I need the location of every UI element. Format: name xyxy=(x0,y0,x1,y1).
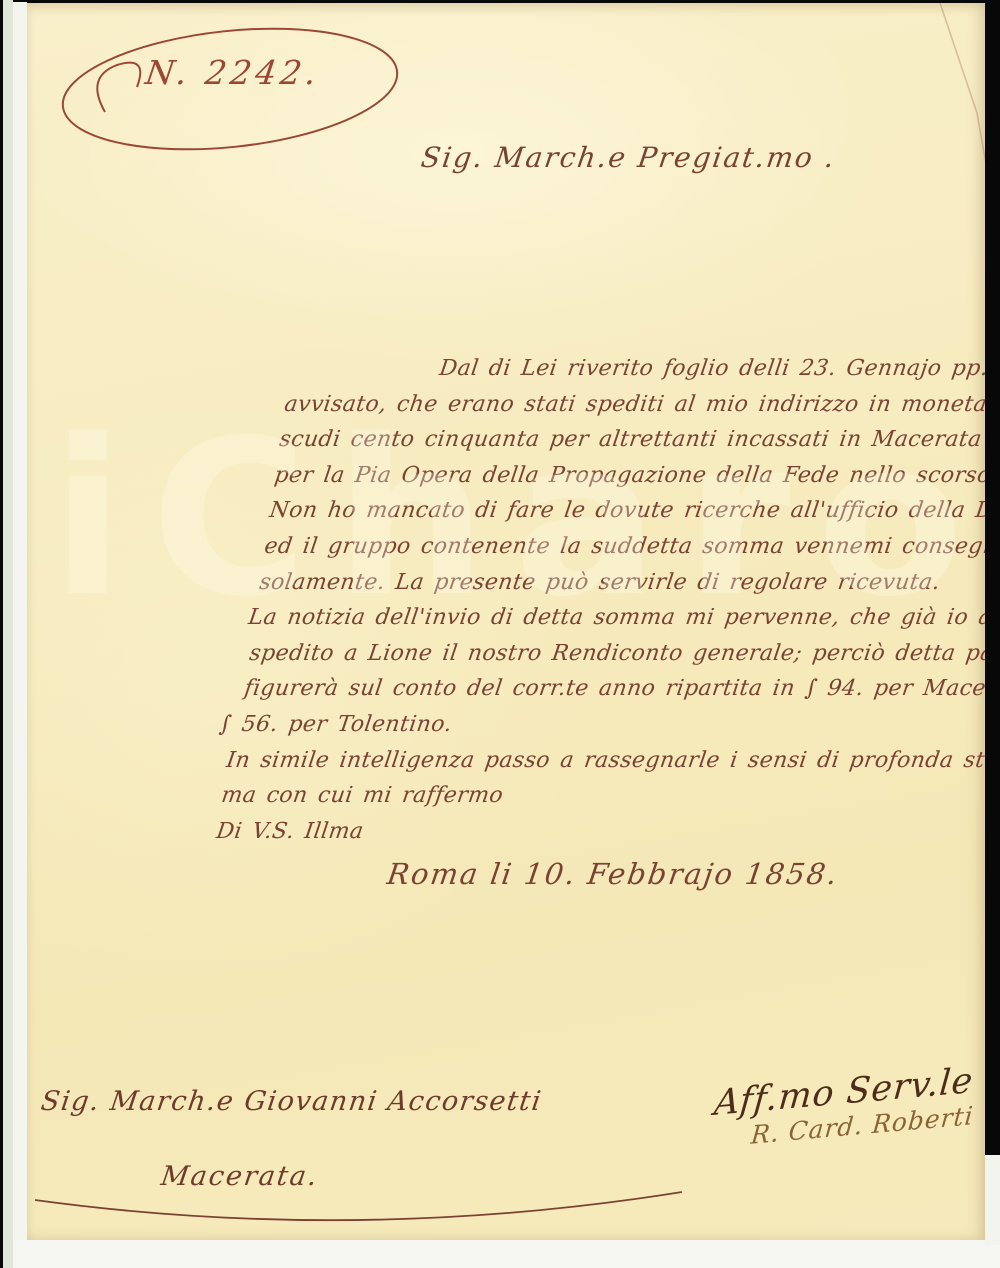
dateline: Roma li 10. Febbrajo 1858. xyxy=(385,857,841,891)
letter-body: Dal di Lei riverito foglio delli 23. Gen… xyxy=(202,351,985,849)
body-line: La notizia dell'invio di detta somma mi … xyxy=(232,600,985,636)
letter-paper: N. 2242. Sig. March.e Pregiat.mo . Dal d… xyxy=(27,3,985,1240)
body-line: In simile intelligenza passo a rassegnar… xyxy=(212,743,985,779)
reference-number-block: N. 2242. xyxy=(45,17,425,167)
body-line: per la Pia Opera della Propagazione dell… xyxy=(252,458,985,494)
body-line: solamente. La presente può servirle di r… xyxy=(237,565,985,601)
body-line: Non ho mancato di fare le dovute ricerch… xyxy=(247,493,985,529)
body-line: ∫ 56. per Tolentino. xyxy=(217,707,985,743)
scanned-letter: N. 2242. Sig. March.e Pregiat.mo . Dal d… xyxy=(0,0,1000,1268)
reference-number: N. 2242. xyxy=(143,53,323,92)
underline-flourish xyxy=(27,1186,707,1231)
recipient-name: Sig. March.e Giovanni Accorsetti xyxy=(39,1086,544,1117)
body-line: Dal di Lei riverito foglio delli 23. Gen… xyxy=(267,351,985,387)
scanner-mat-left xyxy=(13,2,27,1268)
body-line: spedito a Lione il nostro Rendiconto gen… xyxy=(227,636,985,672)
salutation: Sig. March.e Pregiat.mo . xyxy=(419,141,838,174)
scanner-mat-bottom xyxy=(13,1240,1000,1268)
body-line: avvisato, che erano stati spediti al mio… xyxy=(262,387,985,423)
body-line: figurerà sul conto del corr.te anno ripa… xyxy=(222,671,985,707)
body-line: ma con cui mi raffermo xyxy=(207,778,985,814)
scanner-mat-right xyxy=(985,1155,1000,1245)
oval-flourish xyxy=(45,17,425,167)
signature-block: Aff.mo Serv.le R. Card. Roberti xyxy=(713,1058,985,1152)
body-line: ed il gruppo contenente la suddetta somm… xyxy=(242,529,985,565)
body-line: Di V.S. Illma xyxy=(202,814,985,850)
scanner-edge-green xyxy=(3,0,13,1268)
body-line: scudi cento cinquanta per altrettanti in… xyxy=(257,422,985,458)
